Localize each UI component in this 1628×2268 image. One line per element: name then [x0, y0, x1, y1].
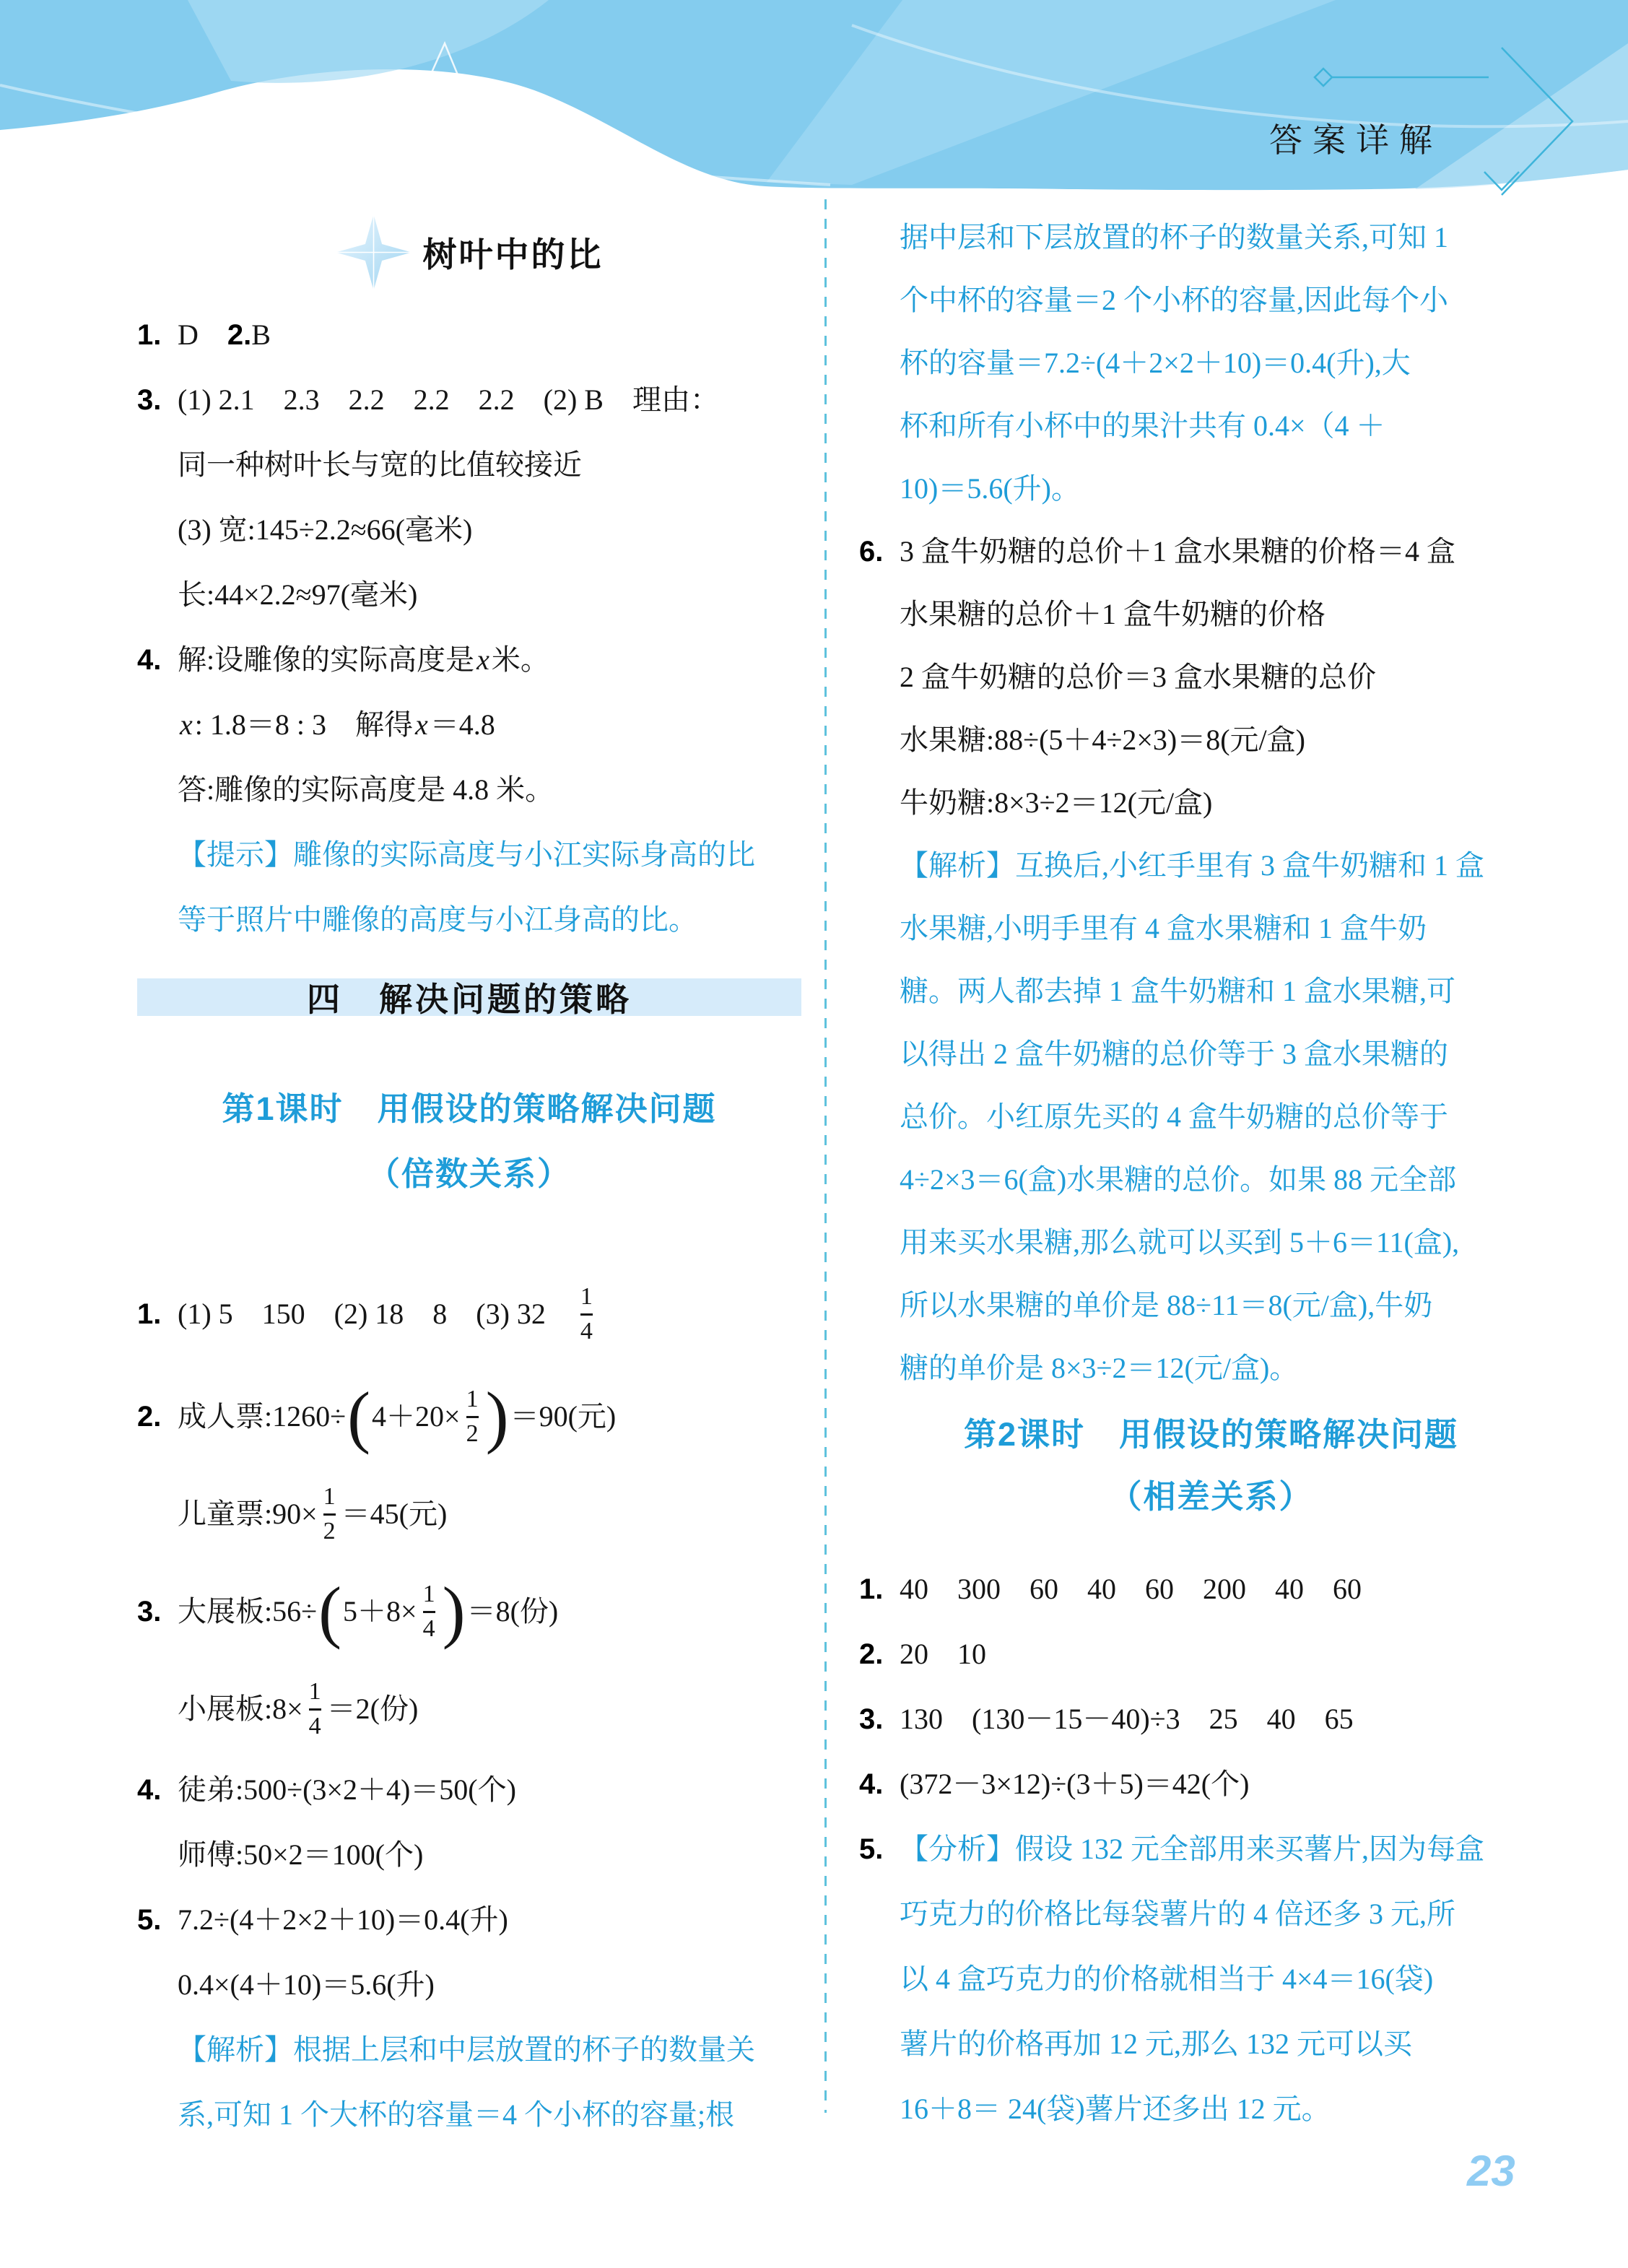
text-segment: 总价。小红原先买的 4 盒牛奶糖的总价等于: [900, 1100, 1448, 1134]
answer-line: 儿童票:90×12＝45(元): [137, 1466, 801, 1563]
answer-text: 7.2÷(4＋2×2＋10)＝0.4(升): [178, 1903, 508, 1937]
answer-line: 等于照片中雕像的高度与小江身高的比。: [137, 887, 801, 952]
answer-line: 用来买水果糖,那么就可以买到 5＋6＝11(盒),: [859, 1211, 1563, 1274]
answer-text: 糖。两人都去掉 1 盒牛奶糖和 1 盒水果糖,可: [900, 975, 1455, 1008]
answer-text: 儿童票:90×12＝45(元): [178, 1483, 447, 1544]
fraction: 12: [323, 1483, 336, 1544]
lesson1-heading-sub: （倍数关系）: [137, 1149, 801, 1192]
answer-line: x : 1.8＝8 : 3 解得 x＝4.8: [137, 692, 801, 757]
item-number: 1.: [137, 1298, 161, 1331]
text-segment: 10)＝5.6(升)。: [900, 472, 1080, 505]
answer-text: D 2. B: [178, 318, 271, 352]
text-segment: 以得出 2 盒牛奶糖的总价等于 3 盒水果糖的: [900, 1038, 1448, 1071]
text-segment: 同一种树叶长与宽的比值较接近: [178, 448, 582, 482]
item-number: 4.: [137, 1773, 161, 1807]
answer-text: 水果糖,小明手里有 4 盒水果糖和 1 盒牛奶: [900, 912, 1427, 945]
answer-text: (1) 2.1 2.3 2.2 2.2 2.2 (2) B 理由：: [178, 383, 719, 417]
answer-line: 糖的单价是 8×3÷2＝12(元/盒)。: [859, 1337, 1563, 1399]
fraction: 14: [580, 1283, 593, 1344]
text-segment: 系,可知 1 个大杯的容量＝4 个小杯的容量;根: [178, 2098, 734, 2132]
answers-block: 1.(1) 5 150 (2) 18 8 (3) 32 142.成人票:1260…: [137, 1261, 801, 2147]
item-number: 2.: [227, 318, 251, 352]
text-segment: 米。: [492, 643, 549, 677]
text-segment: 薯片的价格再加 12 元,那么 132 元可以买: [900, 2028, 1412, 2061]
fraction: 14: [309, 1678, 321, 1739]
text-segment: 糖。两人都去掉 1 盒牛奶糖和 1 盒水果糖,可: [900, 975, 1455, 1008]
answer-text: 水果糖的总价＋1 盒牛奶糖的价格: [900, 598, 1326, 631]
answer-text: 【解析】互换后,小红手里有 3 盒牛奶糖和 1 盒: [900, 849, 1484, 882]
text-segment: 糖的单价是 8×3÷2＝12(元/盒)。: [900, 1352, 1298, 1385]
text-segment: 5＋8×: [343, 1595, 417, 1628]
lesson2-heading-sub: （相差关系）: [859, 1472, 1563, 1515]
answer-line: 4.(372－3×12)÷(3＋5)＝42(个): [859, 1752, 1563, 1817]
answer-text: 同一种树叶长与宽的比值较接近: [178, 448, 582, 482]
answer-text: 水果糖:88÷(5＋4÷2×3)＝8(元/盒): [900, 724, 1305, 757]
answers-block: 据中层和下层放置的杯子的数量关系,可知 1个中杯的容量＝2 个小杯的容量,因此每…: [859, 206, 1563, 1399]
text-segment: 徒弟:500÷(3×2＋4)＝50(个): [178, 1773, 516, 1807]
answer-text: x : 1.8＝8 : 3 解得 x＝4.8: [178, 708, 495, 742]
answer-line: 【提示】雕像的实际高度与小江实际身高的比: [137, 822, 801, 887]
answer-text: 徒弟:500÷(3×2＋4)＝50(个): [178, 1773, 516, 1807]
text-segment: 解:设雕像的实际高度是: [178, 643, 474, 677]
answer-text: 薯片的价格再加 12 元,那么 132 元可以买: [900, 2028, 1412, 2061]
header-wave-decoration: [0, 0, 1628, 217]
variable: x: [180, 708, 193, 742]
answer-text: 长:44×2.2≈97(毫米): [178, 578, 417, 612]
answer-text: 【提示】雕像的实际高度与小江实际身高的比: [178, 838, 755, 872]
text-segment: (372－3×12)÷(3＋5)＝42(个): [900, 1768, 1249, 1801]
text-segment: 【分析】假设 132 元全部用来买薯片,因为每盒: [900, 1833, 1484, 1866]
variable: x: [415, 708, 428, 742]
answer-line: 4.徒弟:500÷(3×2＋4)＝50(个): [137, 1758, 801, 1822]
answer-text: 杯的容量＝7.2÷(4＋2×2＋10)＝0.4(升),大: [900, 347, 1411, 380]
section-band-title: 四 解决问题的策略: [307, 973, 632, 1021]
answer-line: 2 盒牛奶糖的总价＝3 盒水果糖的总价: [859, 646, 1563, 708]
answer-text: 【分析】假设 132 元全部用来买薯片,因为每盒: [900, 1833, 1484, 1866]
answer-text: 牛奶糖:8×3÷2＝12(元/盒): [900, 786, 1212, 820]
item-number: 3.: [859, 1703, 883, 1736]
answer-line: 杯的容量＝7.2÷(4＋2×2＋10)＝0.4(升),大: [859, 331, 1563, 394]
answer-line: 小展板:8×14＝2(份): [137, 1661, 801, 1758]
answer-text: 0.4×(4＋10)＝5.6(升): [178, 1968, 435, 2002]
answer-text: 所以水果糖的单价是 88÷11＝8(元/盒),牛奶: [900, 1289, 1432, 1322]
answer-text: 总价。小红原先买的 4 盒牛奶糖的总价等于: [900, 1100, 1448, 1134]
answer-line: 2.成人票:1260÷(4＋20×12)＝90(元): [137, 1368, 801, 1466]
section-band: 四 解决问题的策略: [137, 978, 801, 1016]
answer-text: 2 盒牛奶糖的总价＝3 盒水果糖的总价: [900, 661, 1376, 694]
answer-text: 16＋8＝ 24(袋)薯片还多出 12 元。: [900, 2093, 1331, 2126]
text-segment: ＝45(元): [341, 1498, 448, 1531]
answer-text: 据中层和下层放置的杯子的数量关系,可知 1: [900, 221, 1448, 254]
answer-text: (3) 宽:145÷2.2≈66(毫米): [178, 513, 472, 547]
text-segment: 水果糖:88÷(5＋4÷2×3)＝8(元/盒): [900, 724, 1305, 757]
text-segment: 0.4×(4＋10)＝5.6(升): [178, 1968, 435, 2002]
answer-line: 5.【分析】假设 132 元全部用来买薯片,因为每盒: [859, 1817, 1563, 1882]
answer-text: 杯和所有小杯中的果汁共有 0.4×（4 ＋: [900, 409, 1385, 443]
answer-line: 3.大展板:56÷(5＋8×14)＝8(份): [137, 1563, 801, 1661]
text-segment: 水果糖,小明手里有 4 盒水果糖和 1 盒牛奶: [900, 912, 1427, 945]
answer-line: 个中杯的容量＝2 个小杯的容量,因此每个小: [859, 269, 1563, 331]
answer-text: 用来买水果糖,那么就可以买到 5＋6＝11(盒),: [900, 1226, 1459, 1259]
answer-line: 10)＝5.6(升)。: [859, 457, 1563, 520]
text-segment: 小展板:8×: [178, 1693, 303, 1726]
page-number: 23: [1467, 2146, 1515, 2196]
answer-line: 4.解:设雕像的实际高度是 x 米。: [137, 627, 801, 692]
variable: x: [476, 643, 489, 677]
text-segment: 儿童票:90×: [178, 1498, 318, 1531]
answer-line: 【解析】根据上层和中层放置的杯子的数量关: [137, 2017, 801, 2082]
text-segment: ＝8(份): [467, 1595, 559, 1628]
answer-line: 以 4 盒巧克力的价格就相当于 4×4＝16(袋): [859, 1947, 1563, 2012]
answers-block: 1.D 2. B3.(1) 2.1 2.3 2.2 2.2 2.2 (2) B …: [137, 303, 801, 952]
text-segment: 2 盒牛奶糖的总价＝3 盒水果糖的总价: [900, 661, 1376, 694]
answer-text: 答:雕像的实际高度是 4.8 米。: [178, 773, 554, 807]
text-segment: 答:雕像的实际高度是 4.8 米。: [178, 773, 554, 807]
answer-line: 以得出 2 盒牛奶糖的总价等于 3 盒水果糖的: [859, 1022, 1563, 1085]
answer-line: 3.(1) 2.1 2.3 2.2 2.2 2.2 (2) B 理由：: [137, 368, 801, 433]
text-segment: 【解析】互换后,小红手里有 3 盒牛奶糖和 1 盒: [900, 849, 1484, 882]
answer-line: 16＋8＝ 24(袋)薯片还多出 12 元。: [859, 2077, 1563, 2142]
item-number: 5.: [137, 1903, 161, 1937]
text-segment: 杯和所有小杯中的果汁共有 0.4×（4 ＋: [900, 409, 1385, 443]
answer-line: 答:雕像的实际高度是 4.8 米。: [137, 757, 801, 822]
fraction: 14: [423, 1581, 435, 1642]
text-segment: 所以水果糖的单价是 88÷11＝8(元/盒),牛奶: [900, 1289, 1432, 1322]
text-segment: 巧克力的价格比每袋薯片的 4 倍还多 3 元,所: [900, 1898, 1455, 1931]
answer-text: 小展板:8×14＝2(份): [178, 1678, 418, 1739]
item-number: 1.: [137, 318, 161, 352]
answer-text: 巧克力的价格比每袋薯片的 4 倍还多 3 元,所: [900, 1898, 1455, 1931]
answer-text: 以 4 盒巧克力的价格就相当于 4×4＝16(袋): [900, 1963, 1433, 1996]
answer-line: 4÷2×3＝6(盒)水果糖的总价。如果 88 元全部: [859, 1148, 1563, 1211]
lesson2-heading: 第2课时 用假设的策略解决问题: [859, 1408, 1563, 1454]
text-segment: D: [178, 318, 199, 352]
answer-text: 40 300 60 40 60 200 40 60: [900, 1573, 1362, 1606]
text-segment: ＝4.8: [430, 708, 495, 742]
text-segment: 3 盒牛奶糖的总价＋1 盒水果糖的价格＝4 盒: [900, 535, 1455, 568]
answer-text: 3 盒牛奶糖的总价＋1 盒水果糖的价格＝4 盒: [900, 535, 1455, 568]
answer-line: 0.4×(4＋10)＝5.6(升): [137, 1952, 801, 2017]
answer-line: 长:44×2.2≈97(毫米): [137, 562, 801, 627]
answer-text: 10)＝5.6(升)。: [900, 472, 1080, 505]
text-segment: [199, 318, 227, 352]
text-segment: 以 4 盒巧克力的价格就相当于 4×4＝16(袋): [900, 1963, 1433, 1996]
item-number: 5.: [859, 1833, 883, 1866]
answer-line: 师傅:50×2＝100(个): [137, 1822, 801, 1887]
answer-text: 糖的单价是 8×3÷2＝12(元/盒)。: [900, 1352, 1298, 1385]
lesson-title: 树叶中的比: [423, 228, 604, 277]
answer-line: 系,可知 1 个大杯的容量＝4 个小杯的容量;根: [137, 2082, 801, 2147]
answer-text: 130 (130－15－40)÷3 25 40 65: [900, 1703, 1354, 1736]
answer-text: 师傅:50×2＝100(个): [178, 1838, 423, 1872]
column-divider: [824, 199, 827, 2113]
text-segment: (3) 宽:145÷2.2≈66(毫米): [178, 513, 472, 547]
answer-text: 解:设雕像的实际高度是 x 米。: [178, 643, 549, 677]
answer-text: 4÷2×3＝6(盒)水果糖的总价。如果 88 元全部: [900, 1163, 1456, 1196]
lesson-title-row: 树叶中的比: [137, 211, 801, 294]
text-segment: ＝90(元): [510, 1400, 617, 1433]
answer-line: 杯和所有小杯中的果汁共有 0.4×（4 ＋: [859, 394, 1563, 457]
answer-line: 糖。两人都去掉 1 盒牛奶糖和 1 盒水果糖,可: [859, 960, 1563, 1022]
item-number: 3.: [137, 1595, 161, 1628]
answers-block: 1.40 300 60 40 60 200 40 602.20 103.130 …: [859, 1557, 1563, 2142]
text-segment: 师傅:50×2＝100(个): [178, 1838, 423, 1872]
text-segment: 个中杯的容量＝2 个小杯的容量,因此每个小: [900, 284, 1448, 317]
lesson1-heading: 第1课时 用假设的策略解决问题: [137, 1082, 801, 1129]
answer-text: 20 10: [900, 1638, 986, 1671]
text-segment: 牛奶糖:8×3÷2＝12(元/盒): [900, 786, 1212, 820]
answer-line: 总价。小红原先买的 4 盒牛奶糖的总价等于: [859, 1085, 1563, 1148]
answer-text: (1) 5 150 (2) 18 8 (3) 32 14: [178, 1283, 598, 1344]
answer-text: 【解析】根据上层和中层放置的杯子的数量关: [178, 2033, 755, 2067]
answer-line: 5.7.2÷(4＋2×2＋10)＝0.4(升): [137, 1887, 801, 1952]
answer-line: 3.130 (130－15－40)÷3 25 40 65: [859, 1687, 1563, 1752]
text-segment: 7.2÷(4＋2×2＋10)＝0.4(升): [178, 1903, 508, 1937]
right-column: 据中层和下层放置的杯子的数量关系,可知 1个中杯的容量＝2 个小杯的容量,因此每…: [859, 206, 1563, 2142]
text-segment: (1) 2.1 2.3 2.2 2.2 2.2 (2) B 理由：: [178, 383, 719, 417]
text-segment: 水果糖的总价＋1 盒牛奶糖的价格: [900, 598, 1326, 631]
answer-text: 以得出 2 盒牛奶糖的总价等于 3 盒水果糖的: [900, 1038, 1448, 1071]
text-segment: : 1.8＝8 : 3 解得: [195, 708, 413, 742]
answer-line: 6.3 盒牛奶糖的总价＋1 盒水果糖的价格＝4 盒: [859, 520, 1563, 583]
text-segment: 20 10: [900, 1638, 986, 1671]
text-segment: 长:44×2.2≈97(毫米): [178, 578, 417, 612]
answer-line: 水果糖,小明手里有 4 盒水果糖和 1 盒牛奶: [859, 897, 1563, 960]
answer-text: 系,可知 1 个大杯的容量＝4 个小杯的容量;根: [178, 2098, 734, 2132]
text-segment: B: [251, 318, 271, 352]
text-segment: (1) 5 150 (2) 18 8 (3) 32: [178, 1298, 575, 1331]
text-segment: 130 (130－15－40)÷3 25 40 65: [900, 1703, 1354, 1736]
text-segment: 【解析】根据上层和中层放置的杯子的数量关: [178, 2033, 755, 2067]
item-number: 2.: [137, 1400, 161, 1433]
answer-line: 1.D 2. B: [137, 303, 801, 368]
item-number: 1.: [859, 1573, 883, 1606]
text-segment: 大展板:56÷: [178, 1595, 317, 1628]
page-title: 答案详解: [1269, 114, 1442, 162]
answer-line: 1.40 300 60 40 60 200 40 60: [859, 1557, 1563, 1622]
text-segment: 杯的容量＝7.2÷(4＋2×2＋10)＝0.4(升),大: [900, 347, 1411, 380]
text-segment: 等于照片中雕像的高度与小江身高的比。: [178, 903, 697, 937]
answer-text: (372－3×12)÷(3＋5)＝42(个): [900, 1768, 1249, 1801]
text-segment: 据中层和下层放置的杯子的数量关系,可知 1: [900, 221, 1448, 254]
item-number: 6.: [859, 535, 883, 568]
text-segment: ＝2(份): [327, 1693, 419, 1726]
answer-text: 等于照片中雕像的高度与小江身高的比。: [178, 903, 697, 937]
text-segment: 【提示】雕像的实际高度与小江实际身高的比: [178, 838, 755, 872]
text-segment: 4＋20×: [372, 1400, 461, 1433]
answer-line: 水果糖:88÷(5＋4÷2×3)＝8(元/盒): [859, 708, 1563, 771]
answer-line: 牛奶糖:8×3÷2＝12(元/盒): [859, 771, 1563, 834]
answer-line: 巧克力的价格比每袋薯片的 4 倍还多 3 元,所: [859, 1882, 1563, 1947]
answer-text: 成人票:1260÷(4＋20×12)＝90(元): [178, 1386, 616, 1447]
answer-line: 所以水果糖的单价是 88÷11＝8(元/盒),牛奶: [859, 1274, 1563, 1337]
fraction: 12: [466, 1386, 479, 1447]
item-number: 4.: [137, 643, 161, 677]
star-icon: [336, 214, 412, 290]
text-segment: 4÷2×3＝6(盒)水果糖的总价。如果 88 元全部: [900, 1163, 1456, 1196]
text-segment: 成人票:1260÷: [178, 1400, 346, 1433]
answer-text: 个中杯的容量＝2 个小杯的容量,因此每个小: [900, 284, 1448, 317]
answer-line: 【解析】互换后,小红手里有 3 盒牛奶糖和 1 盒: [859, 834, 1563, 897]
answer-line: 2.20 10: [859, 1622, 1563, 1687]
answer-text: 大展板:56÷(5＋8×14)＝8(份): [178, 1581, 558, 1642]
answer-line: 水果糖的总价＋1 盒牛奶糖的价格: [859, 583, 1563, 646]
text-segment: 用来买水果糖,那么就可以买到 5＋6＝11(盒),: [900, 1226, 1459, 1259]
answer-page: 答案详解 树叶中的比 1.D 2. B3.(1) 2.1 2.3 2.2 2.2…: [0, 0, 1628, 2268]
answer-line: 1.(1) 5 150 (2) 18 8 (3) 32 14: [137, 1261, 801, 1368]
item-number: 2.: [859, 1638, 883, 1671]
text-segment: 16＋8＝ 24(袋)薯片还多出 12 元。: [900, 2093, 1331, 2126]
item-number: 4.: [859, 1768, 883, 1801]
answer-line: (3) 宽:145÷2.2≈66(毫米): [137, 498, 801, 562]
left-column: 树叶中的比 1.D 2. B3.(1) 2.1 2.3 2.2 2.2 2.2 …: [137, 211, 801, 2147]
item-number: 3.: [137, 383, 161, 417]
answer-line: 薯片的价格再加 12 元,那么 132 元可以买: [859, 2012, 1563, 2077]
text-segment: 40 300 60 40 60 200 40 60: [900, 1573, 1362, 1606]
answer-line: 据中层和下层放置的杯子的数量关系,可知 1: [859, 206, 1563, 269]
answer-line: 同一种树叶长与宽的比值较接近: [137, 433, 801, 498]
